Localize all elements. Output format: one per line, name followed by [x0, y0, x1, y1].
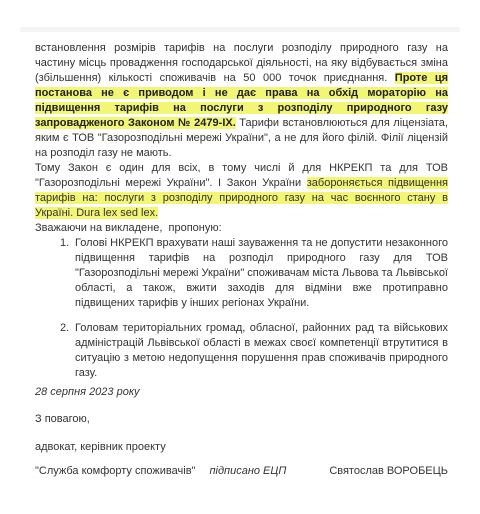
- signer-role: адвокат, керівник проекту: [35, 440, 448, 455]
- document-date: 28 серпня 2023 року: [35, 385, 448, 400]
- list-item-text: Головам територіальних громад, обласної,…: [75, 321, 448, 381]
- closing-salutation: З повагою,: [35, 412, 448, 427]
- paragraph-law: Тому Закон є один для всіх, в тому числі…: [35, 161, 448, 221]
- proposal-intro: Зважаючи на викладене, пропоную:: [35, 221, 448, 236]
- signer-name: Святослав ВОРОБЕЦЬ: [329, 464, 448, 479]
- signer-organization: "Служба комфорту споживачів": [35, 464, 195, 479]
- list-item-text: Голові НКРЕКП врахувати наші зауваження …: [75, 236, 448, 311]
- list-item: 1. Голові НКРЕКП врахувати наші зауважен…: [60, 236, 448, 311]
- scan-artifact: [20, 27, 460, 32]
- list-item-number: 1.: [60, 236, 75, 311]
- paragraph-tariffs: встановлення розмірів тарифів на послуги…: [35, 41, 448, 161]
- signature-method: підписано ЕЦП: [209, 464, 286, 479]
- paragraph-tariffs-text: встановлення розмірів тарифів на послуги…: [35, 42, 448, 84]
- signature-row: "Служба комфорту споживачів" підписано Е…: [35, 464, 448, 479]
- document-page: встановлення розмірів тарифів на послуги…: [0, 0, 480, 514]
- list-item-number: 2.: [60, 321, 75, 381]
- list-item: 2. Головам територіальних громад, обласн…: [60, 321, 448, 381]
- proposal-list: 1. Голові НКРЕКП врахувати наші зауважен…: [35, 236, 448, 381]
